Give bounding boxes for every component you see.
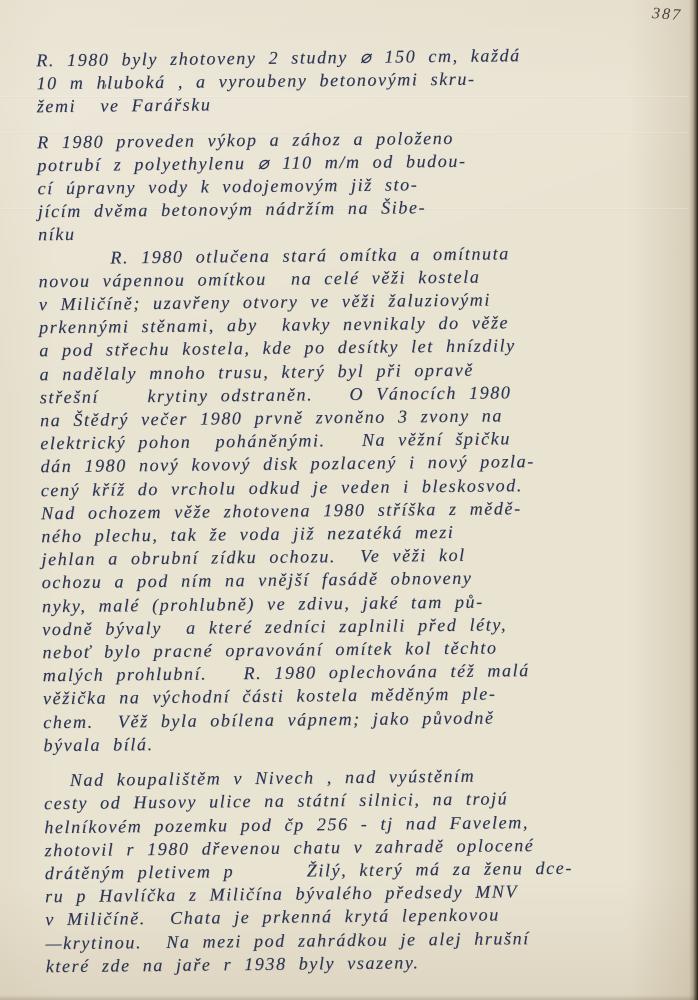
paragraph: Nad koupalištěm v Nivech , nad vyústěním… — [44, 763, 664, 978]
paragraph: R 1980 proveden výkop a zához a položeno… — [37, 124, 656, 246]
handwritten-text: R. 1980 byly zhotoveny 2 studny ⌀ 150 cm… — [36, 43, 664, 978]
page-number: 387 — [651, 5, 682, 25]
chronicle-page: 387 ' R. 1980 byly zhotoveny 2 studny ⌀ … — [0, 0, 698, 1000]
paragraph: R. 1980 otlučena stará omítka a omítnuta… — [38, 240, 661, 757]
page-edge-shadow-right — [689, 0, 698, 1000]
paragraph: R. 1980 byly zhotoveny 2 studny ⌀ 150 cm… — [36, 43, 655, 119]
page-edge-shadow-bottom — [0, 995, 698, 1000]
